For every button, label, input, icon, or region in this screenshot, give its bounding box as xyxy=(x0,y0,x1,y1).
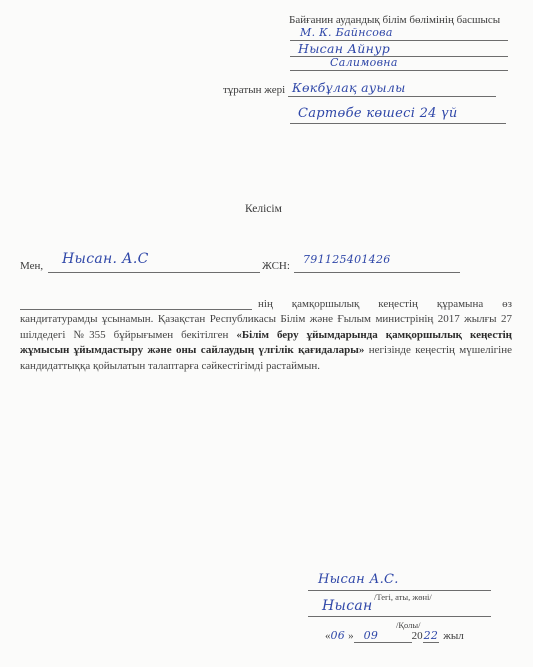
residence-line1-handwritten: Көкбұлақ ауылы xyxy=(292,80,406,95)
date-year-prefix: 20 xyxy=(412,630,423,642)
from-patronymic-handwritten: Салимовна xyxy=(330,56,398,69)
residence-line2-handwritten: Сартөбе көшесі 24 үй xyxy=(298,106,458,121)
residence-label: тұратын жері xyxy=(223,84,285,96)
date-day-handwritten: 06 xyxy=(331,629,346,642)
iin-label: ЖСН: xyxy=(262,260,290,272)
signature-handwritten: Нысан xyxy=(322,598,373,614)
iin-line xyxy=(294,272,460,273)
date-row: «06»092022жыл xyxy=(325,629,464,643)
signature-line xyxy=(308,616,491,617)
i-label: Мен, xyxy=(20,260,43,272)
date-year-label: жыл xyxy=(443,630,463,642)
date-month-handwritten: 09 xyxy=(354,629,412,643)
body-paragraph: кандитатурамды ұсынамын. Қазақстан Респу… xyxy=(20,312,512,374)
signer-name-caption: /Тегі, аты, жөні/ xyxy=(374,592,432,602)
iin-handwritten: 791125401426 xyxy=(303,253,391,266)
organization-blank-line xyxy=(20,309,252,310)
from-name-line xyxy=(290,56,508,57)
name-handwritten: Нысан. А.С xyxy=(62,251,149,267)
residence-line1 xyxy=(288,96,496,97)
from-patronymic-line xyxy=(290,70,508,71)
from-name-handwritten: Нысан Айнур xyxy=(298,41,390,56)
name-line xyxy=(48,272,260,273)
addressee-name-handwritten: М. К. Байнсова xyxy=(300,26,393,39)
date-year-handwritten: 22 xyxy=(423,629,440,643)
body-line1: нің қамқоршылық кеңестің құрамына өз xyxy=(258,298,512,310)
residence-line2 xyxy=(290,123,506,124)
document-title: Келісім xyxy=(245,203,282,215)
signer-name-handwritten: Нысан А.С. xyxy=(318,572,399,587)
addressee-title: Байғанин аудандық білім бөлімінің басшыс… xyxy=(289,14,500,26)
signer-name-line xyxy=(308,590,491,591)
